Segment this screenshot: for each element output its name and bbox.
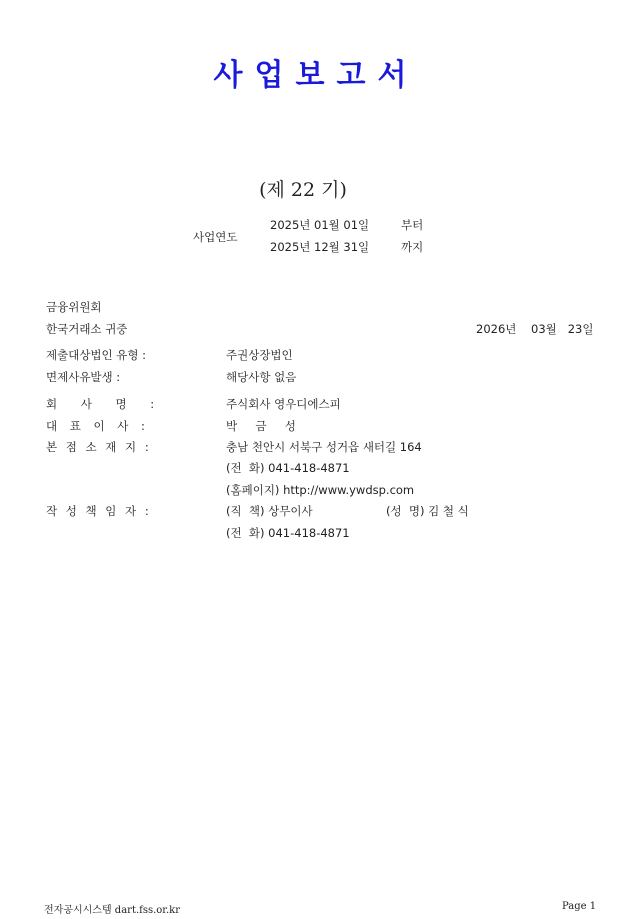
fiscal-year-end-date: 2025년 12월 31일	[270, 239, 369, 255]
address-phone: (전 화) 041-418-4871	[226, 460, 350, 476]
fiscal-year-start-suffix: 부터	[401, 217, 423, 233]
exemption-label: 면제사유발생 :	[46, 369, 120, 385]
preparer-label: 작 성 책 임 자 :	[46, 503, 149, 519]
fiscal-year-label: 사업연도	[193, 229, 237, 245]
filer-type-value: 주권상장법인	[226, 347, 293, 363]
fiscal-year-end-suffix: 까지	[401, 239, 423, 255]
homepage-link[interactable]: (홈페이지) http://www.ywdsp.com	[226, 482, 414, 498]
exemption-value: 해당사항 없음	[226, 369, 296, 385]
preparer-position: (직 책) 상무이사	[226, 503, 313, 519]
company-name-label: 회 사 명 :	[46, 396, 154, 412]
ceo-label: 대 표 이 사 :	[46, 418, 145, 434]
footer-page-number: Page 1	[562, 901, 596, 912]
preparer-phone: (전 화) 041-418-4871	[226, 525, 350, 541]
footer-system: 전자공시시스템 dart.fss.or.kr	[44, 901, 180, 916]
address-label: 본 점 소 재 지 :	[46, 439, 149, 455]
company-name-value: 주식회사 영우디에스피	[226, 396, 341, 412]
recipient-fsc: 금융위원회	[46, 299, 102, 315]
fiscal-period: (제 22 기)	[0, 175, 606, 202]
submission-date: 2026년 03월 23일	[476, 321, 593, 337]
document-title: 사업보고서	[0, 50, 632, 94]
recipient-krx: 한국거래소 귀중	[46, 321, 127, 337]
preparer-name: (성 명) 김 철 식	[386, 503, 469, 519]
ceo-value: 박 금 성	[226, 418, 296, 434]
address-value: 충남 천안시 서북구 성거읍 새터길 164	[226, 439, 422, 455]
fiscal-year-start-date: 2025년 01월 01일	[270, 217, 369, 233]
filer-type-label: 제출대상법인 유형 :	[46, 347, 146, 363]
